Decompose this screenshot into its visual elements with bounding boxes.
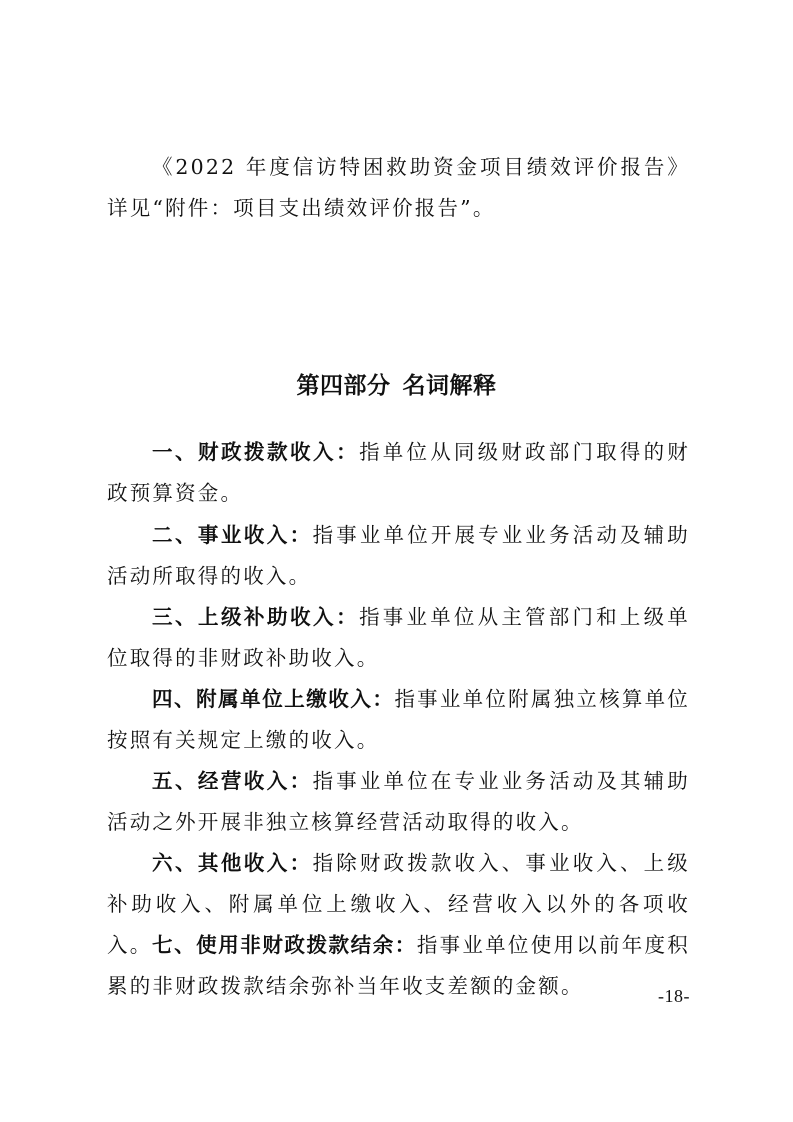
definition-item: 四、附属单位上缴收入：指事业单位附属独立核算单位按照有关规定上缴的收入。: [107, 679, 690, 761]
section-title-part: 第四部分: [297, 372, 391, 399]
definition-term: 一、财政拨款收入：: [152, 440, 359, 464]
definition-term: 四、附属单位上缴收入：: [152, 687, 394, 711]
section-heading: 第四部分名词解释: [0, 367, 793, 400]
definition-term: 七、使用非财政拨款结余：: [152, 933, 417, 957]
definition-item: 一、财政拨款收入：指单位从同级财政部门取得的财政预算资金。: [107, 432, 690, 514]
definition-item: 三、上级补助收入：指事业单位从主管部门和上级单位取得的非财政补助收入。: [107, 597, 690, 679]
definition-term: 三、上级补助收入：: [152, 605, 359, 629]
intro-paragraph: 《2022 年度信访特困救助资金项目绩效评价报告》详见“附件：项目支出绩效评价报…: [107, 147, 690, 229]
definition-item: 七、使用非财政拨款结余：指事业单位使用以前年度积累的非财政拨款结余弥补当年收支差…: [107, 925, 690, 1007]
definition-item: 二、事业收入：指事业单位开展专业业务活动及辅助活动所取得的收入。: [107, 515, 690, 597]
definition-term: 五、经营收入：: [152, 769, 313, 793]
definition-term: 六、其他收入：: [152, 851, 313, 875]
document-page: 《2022 年度信访特困救助资金项目绩效评价报告》详见“附件：项目支出绩效评价报…: [0, 0, 793, 1122]
intro-text: 《2022 年度信访特困救助资金项目绩效评价报告》详见“附件：项目支出绩效评价报…: [107, 155, 690, 220]
definition-item: 五、经营收入：指事业单位在专业业务活动及其辅助活动之外开展非独立核算经营活动取得…: [107, 761, 690, 843]
section-title-name: 名词解释: [403, 372, 497, 399]
page-number: -18-: [658, 986, 690, 1007]
definition-term: 二、事业收入：: [152, 523, 313, 547]
